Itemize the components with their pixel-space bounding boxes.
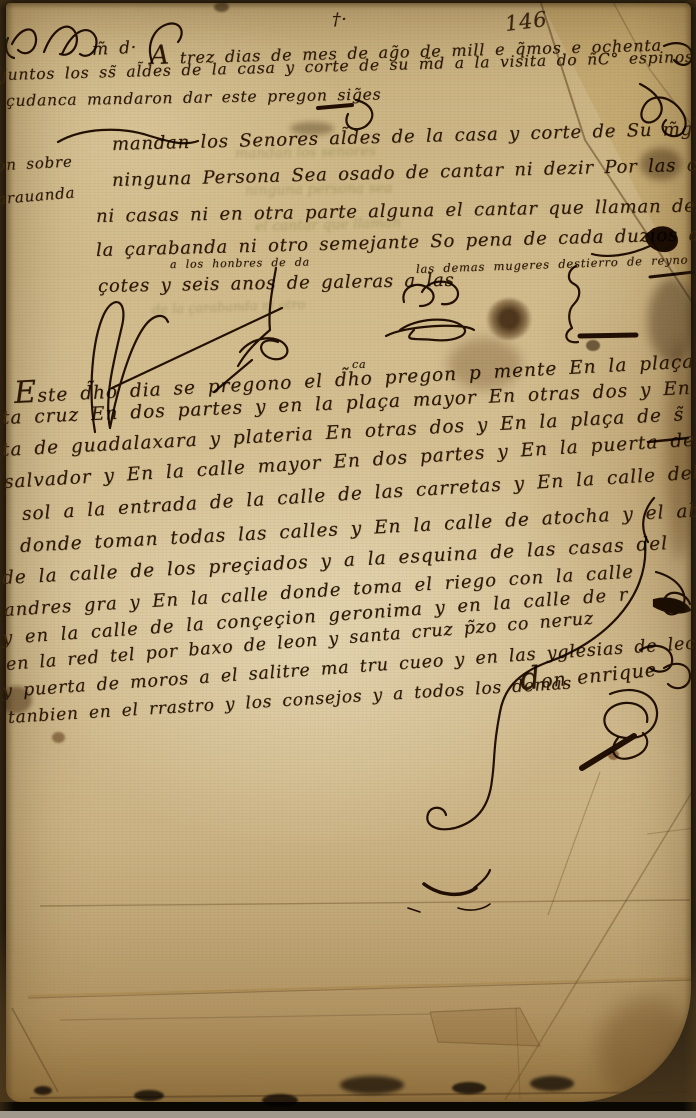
header-monogram-text: m̃ d· [91,38,137,60]
interlinear-note: a los honbres de da [170,256,310,271]
paper-edge-left-shadow [0,0,14,1118]
cross-mark: †· [332,10,348,30]
paper-edge-right-shadow [684,0,696,1118]
aging-band-bottom [0,930,696,1102]
paper-edge-top-shadow [0,0,696,9]
manuscript-scan: mandan los senores ninguna persona sea e… [0,0,696,1118]
scanner-strip-bottom [0,1111,696,1118]
